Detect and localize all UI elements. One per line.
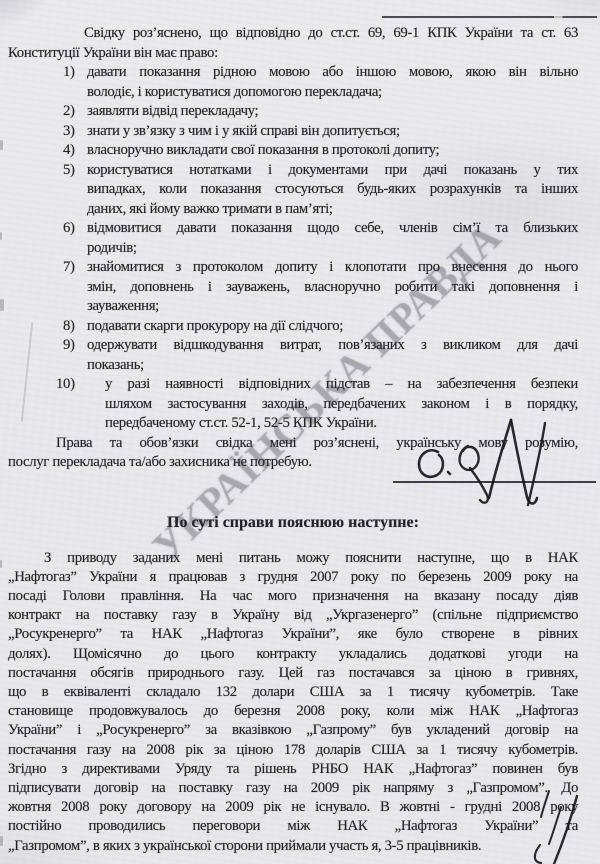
text-line: постачання обсягів природнього газу. Цей…	[8, 664, 578, 683]
text-line: знайомитися з протоколом допиту і клопот…	[87, 258, 578, 278]
text-line: постачання газу на 2008 рік за ціною 178…	[8, 741, 578, 760]
text-line: одержувати відшкодування витрат, пов’яза…	[87, 336, 578, 356]
text-line: Свідку роз’яснено, що відповідно до ст.с…	[8, 24, 578, 44]
item-number: 5)	[63, 161, 75, 181]
text-line: заявляти відвід перекладачу;	[87, 102, 578, 122]
text-line: Конституції України він має право:	[8, 44, 578, 64]
section-heading: По суті справи пояснюю наступне:	[8, 513, 578, 533]
text-line: Згідно з директивами Уряду та рішень РНБ…	[8, 760, 578, 779]
top-signature-line	[382, 16, 597, 18]
rights-list-item: 8)подавати скарги прокурору на дії слідч…	[8, 317, 578, 337]
item-number: 1)	[63, 63, 75, 83]
text-line: посаді Голови правління. На час мого при…	[8, 587, 578, 606]
text-line: власноручно викладати свої показання в п…	[87, 141, 578, 161]
text-line: показань;	[87, 356, 578, 376]
item-number: 10)	[56, 375, 75, 395]
rights-list-item: 1)давати показання рідною мовою або іншо…	[8, 63, 578, 102]
text-line: Права та обов’язки свідка мені роз’яснен…	[8, 434, 578, 454]
text-line: „Газпромом”, в яких з української сторон…	[8, 837, 578, 856]
text-line: випадках, коли показання стосуються будь…	[87, 180, 578, 200]
text-line: знати у зв’язку з чим і у якій справі ві…	[87, 122, 578, 142]
text-line: контракт на поставку газу в Україну від …	[8, 606, 578, 625]
rights-list-item: 6)відмовитися давати показання щодо себе…	[8, 219, 578, 258]
intro-paragraph: Свідку роз’яснено, що відповідно до ст.с…	[8, 24, 578, 63]
scanned-document-page: УКРАЇНСЬКА ПРАВДА Свідку роз’яснено, що …	[0, 0, 600, 864]
text-line: даних, які йому важко тримати в пам’яті;	[87, 200, 578, 220]
text-line: у разі наявності відповідних підстав – н…	[105, 375, 578, 395]
item-number: 7)	[63, 258, 75, 278]
rights-list-item: 7)знайомитися з протоколом допиту і клоп…	[8, 258, 578, 317]
item-number: 3)	[63, 122, 75, 142]
text-line: змін, доповнень і зауважень, власноручно…	[87, 278, 578, 298]
text-line: становище продовжувалось до березня 2008…	[8, 702, 578, 721]
rights-list: 1)давати показання рідною мовою або іншо…	[8, 63, 578, 434]
text-line: жовтня 2008 року договору на 2009 рік не…	[8, 798, 578, 817]
rights-list-item: 9)одержувати відшкодування витрат, пов’я…	[8, 336, 578, 375]
scan-edge-mark	[0, 560, 2, 568]
text-line: „Росукренерго” та НАК „Нафтогаз України”…	[8, 625, 578, 644]
text-line: України” і „Росукренерго” за вказівкою „…	[8, 721, 578, 740]
scan-edge-mark	[0, 140, 3, 150]
witness-signature-line	[393, 481, 596, 483]
rights-list-item: 2)заявляти відвід перекладачу;	[8, 102, 578, 122]
text-line: постійно проводились переговори між НАК …	[8, 817, 578, 836]
text-line: родичів;	[87, 239, 578, 259]
text-line: відмовитися давати показання щодо себе, …	[87, 219, 578, 239]
document-text: Свідку роз’яснено, що відповідно до ст.с…	[8, 24, 578, 856]
text-line: шляхом застосування заходів, передбачени…	[105, 395, 578, 415]
item-number: 2)	[63, 102, 75, 122]
text-line: передбаченому ст.ст. 52-1, 52-5 КПК Укра…	[105, 414, 578, 434]
text-line: що в еквіваленті складало 132 долари США…	[8, 683, 578, 702]
item-number: 9)	[63, 336, 75, 356]
rights-list-item: 5)користуватися нотатками і документами …	[8, 161, 578, 220]
text-line: зауваження;	[87, 297, 578, 317]
text-line: володіє, і користуватися допомогою перек…	[87, 83, 578, 103]
text-line: підписувати договір на поставку газу на …	[8, 779, 578, 798]
scan-edge-mark	[0, 299, 4, 311]
text-line: подавати скарги прокурору на дії слідчог…	[87, 317, 578, 337]
item-number: 4)	[63, 141, 75, 161]
text-line: користуватися нотатками і документами пр…	[87, 161, 578, 181]
text-line: давати показання рідною мовою або іншою …	[87, 63, 578, 83]
item-number: 6)	[63, 219, 75, 239]
testimony-paragraph: З приводу заданих мені питань можу поясн…	[8, 549, 578, 856]
rights-list-item: 10)у разі наявності відповідних підстав …	[8, 375, 578, 434]
text-line: „Нафтогаз” України я працював з грудня 2…	[8, 568, 578, 587]
text-line: З приводу заданих мені питань можу поясн…	[8, 549, 578, 568]
item-number: 8)	[63, 317, 75, 337]
text-line: послуг перекладача та/або захисника не п…	[8, 453, 578, 473]
scan-edge-mark	[0, 232, 2, 240]
text-line: долях). Щомісячно до цього контракту укл…	[8, 645, 578, 664]
acknowledgment-paragraph: Права та обов’язки свідка мені роз’яснен…	[8, 434, 578, 473]
rights-list-item: 3)знати у зв’язку з чим і у якій справі …	[8, 122, 578, 142]
scan-edge-mark	[0, 836, 3, 846]
rights-list-item: 4)власноручно викладати свої показання в…	[8, 141, 578, 161]
